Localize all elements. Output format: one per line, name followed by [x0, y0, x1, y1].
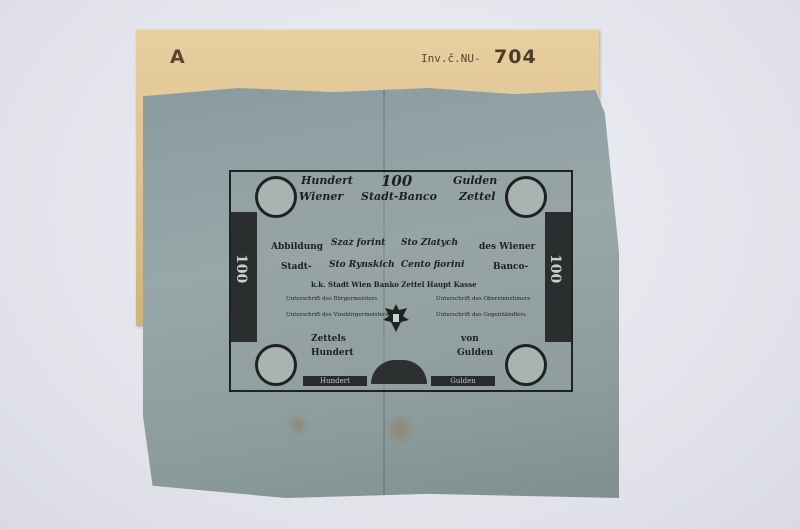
corner-medallion — [255, 344, 297, 386]
header-zettel: Zettel — [459, 190, 495, 203]
corner-medallion — [255, 176, 297, 218]
header-hundert: Hundert — [301, 174, 353, 187]
label-des-wiener: des Wiener — [479, 242, 535, 252]
cartouche-czech: Sto Zlatych — [401, 238, 458, 248]
corner-medallion — [505, 344, 547, 386]
dome-ornament — [371, 360, 427, 384]
header-stadt-banco: Stadt-Banco — [361, 190, 437, 203]
signature-mayor: Unterschrift des Bürgermeisters — [286, 296, 377, 302]
folder-letter: A — [170, 46, 185, 68]
label-banco: Banco- — [493, 262, 528, 272]
printed-design: 100 100 Hundert 100 Gulden Wiener Stadt-… — [229, 170, 573, 392]
stain — [391, 418, 409, 440]
lower-zettels: Zettels — [311, 334, 346, 344]
header-denomination: 100 — [381, 172, 412, 190]
cartouche-hungarian: Szaz forint — [331, 238, 385, 248]
cartouche-polish: Sto Rynskich — [329, 260, 395, 270]
side-denomination: 100 — [547, 254, 563, 283]
footer-bar-hundert: Hundert — [303, 376, 367, 386]
stain — [291, 418, 305, 432]
lower-von: von — [461, 334, 479, 344]
lower-gulden: Gulden — [457, 348, 493, 358]
office-line: k.k. Stadt Wien Banko Zettel Haupt Kasse — [311, 280, 477, 289]
lower-hundert: Hundert — [311, 348, 354, 358]
signature-vice-mayor: Unterschrift des Vizebürgermeisters — [286, 312, 388, 318]
label-abbildung: Abbildung — [271, 242, 323, 252]
signature-counter: Unterschrift des Gegenhändlers — [436, 312, 526, 318]
footer-bar-gulden: Gulden — [431, 376, 495, 386]
cartouche-italian: Cento fiorini — [401, 260, 464, 270]
banknote: 100 100 Hundert 100 Gulden Wiener Stadt-… — [143, 88, 619, 498]
side-panel-left: 100 — [231, 212, 257, 342]
side-denomination: 100 — [233, 254, 249, 283]
double-eagle-emblem — [381, 302, 411, 334]
side-panel-right: 100 — [545, 212, 571, 342]
signature-receiver: Unterschrift des Obereinnehmers — [436, 296, 530, 302]
inventory-number: 704 — [494, 46, 537, 68]
corner-medallion — [505, 176, 547, 218]
inventory-label: Inv.č.NU- — [421, 52, 481, 65]
header-gulden: Gulden — [453, 174, 497, 187]
label-stadt: Stadt- — [281, 262, 312, 272]
header-wiener: Wiener — [299, 190, 343, 203]
